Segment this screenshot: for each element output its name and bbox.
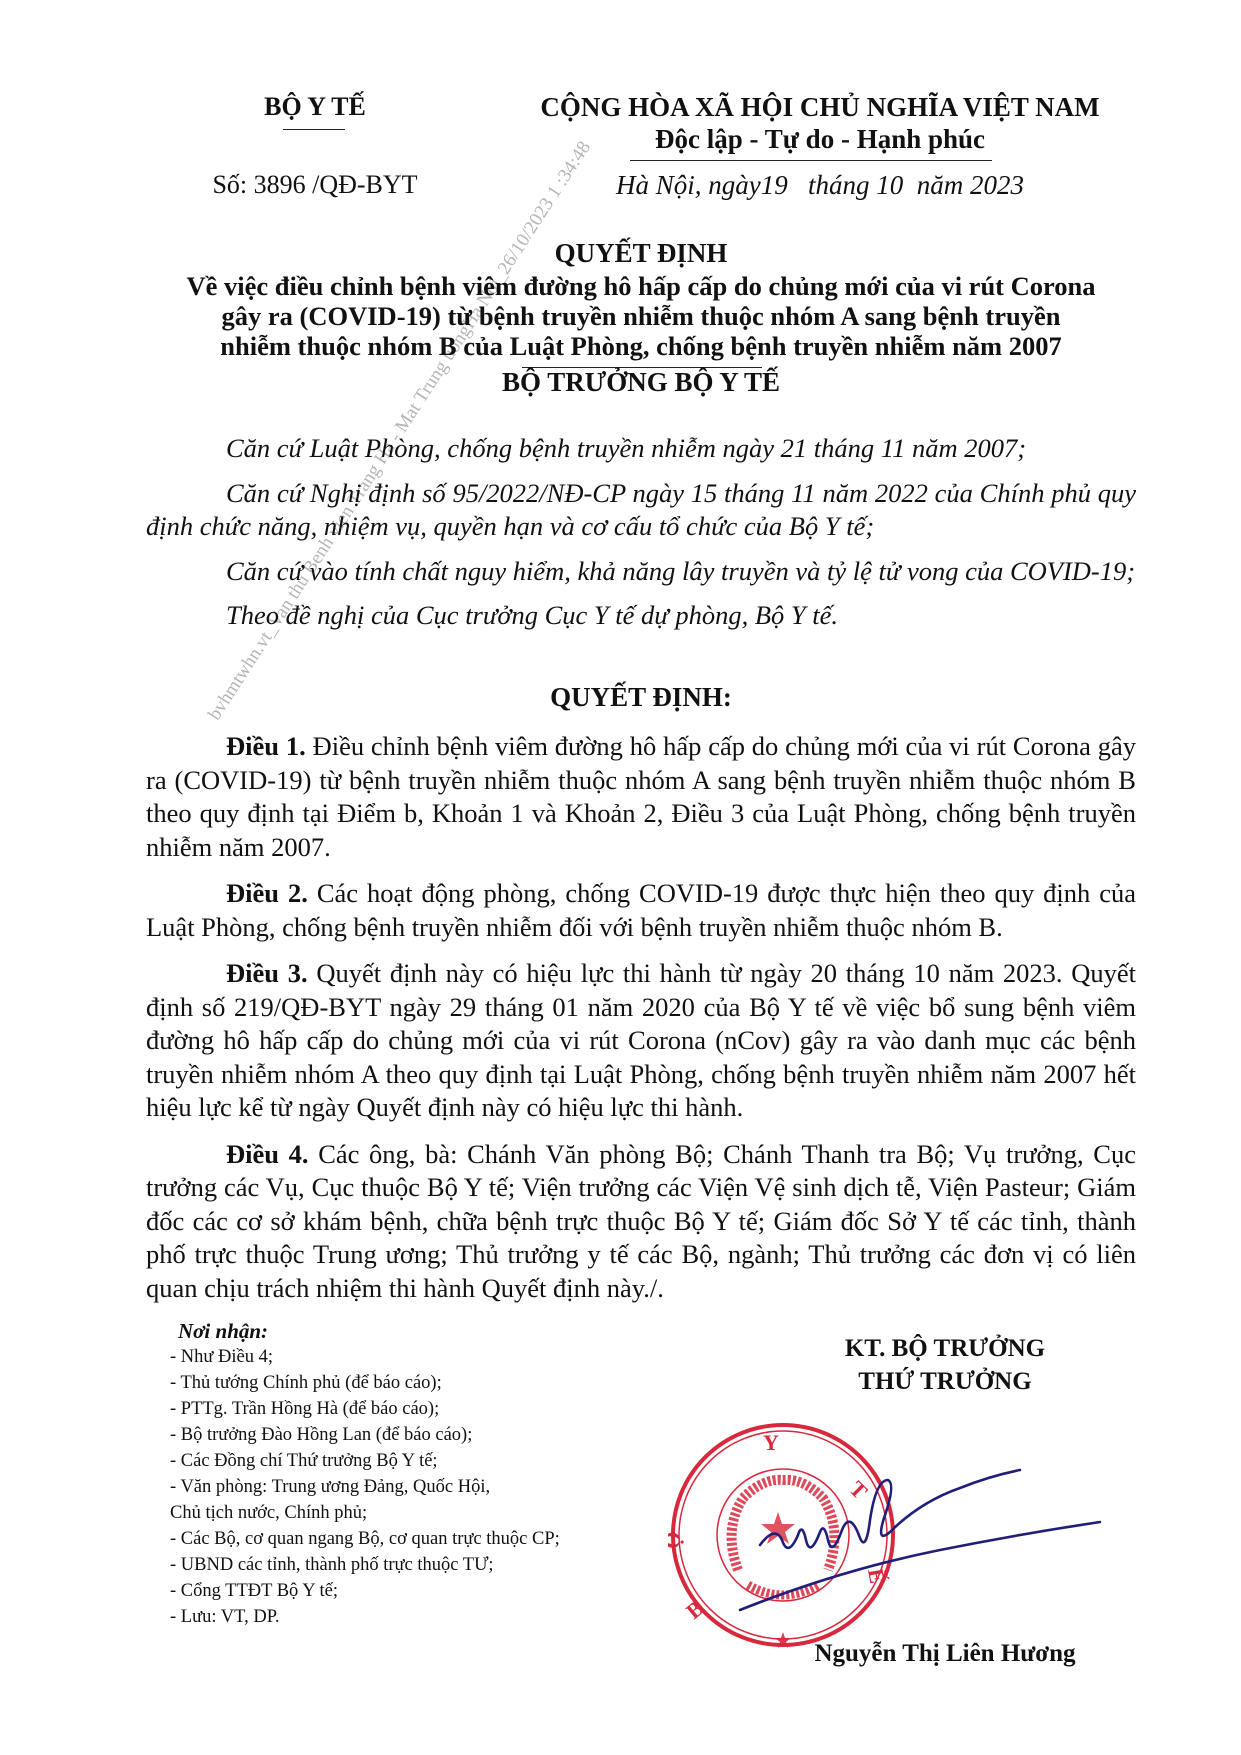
document-number: Số: 3896 /QĐ-BYT [200,170,430,200]
national-motto: Độc lập - Tự do - Hạnh phúc [500,124,1140,155]
handwritten-signature [720,1440,1120,1640]
signer-title: KT. BỘ TRƯỞNG THỨ TRƯỞNG [790,1332,1100,1398]
article-label: Điều 4. [226,1139,309,1169]
national-title: CỘNG HÒA XÃ HỘI CHỦ NGHĨA VIỆT NAM [500,92,1140,123]
issuing-authority: BỘ TRƯỞNG BỘ Y TẾ [146,367,1136,398]
article-3: Điều 3. Quyết định này có hiệu lực thi h… [146,957,1136,1125]
issuing-agency: BỘ Y TẾ [200,92,430,122]
article-label: Điều 2. [226,878,308,908]
signer-name: Nguyễn Thị Liên Hương [770,1640,1120,1668]
subject-line: Về việc điều chỉnh bệnh viêm đường hô hấ… [146,271,1136,301]
preamble-clause: Căn cứ vào tính chất nguy hiểm, khả năng… [146,555,1136,589]
subject-line: nhiễm thuộc nhóm B của Luật Phòng, chống… [146,331,1136,361]
recipient-item: - Các Đồng chí Thứ trưởng Bộ Y tế; [170,1448,560,1474]
recipient-item: Chủ tịch nước, Chính phủ; [170,1500,560,1526]
article-label: Điều 3. [226,958,308,988]
recipient-item: - UBND các tỉnh, thành phố trực thuộc TƯ… [170,1552,560,1578]
preamble-clause: Theo đề nghị của Cục trưởng Cục Y tế dự … [146,599,1136,633]
article-1: Điều 1. Điều chỉnh bệnh viêm đường hô hấ… [146,730,1136,864]
motto-underline [630,160,992,161]
preamble-clause: Căn cứ Nghị định số 95/2022/NĐ-CP ngày 1… [146,477,1136,544]
recipient-item: - Cổng TTĐT Bộ Y tế; [170,1578,560,1604]
document-subject: Về việc điều chỉnh bệnh viêm đường hô hấ… [146,271,1136,361]
recipient-item: - Thủ tướng Chính phủ (để báo cáo); [170,1370,560,1396]
article-2: Điều 2. Các hoạt động phòng, chống COVID… [146,877,1136,944]
recipient-item: - Như Điều 4; [170,1344,560,1370]
recipient-item: - Văn phòng: Trung ương Đảng, Quốc Hội, [170,1474,560,1500]
articles: Điều 1. Điều chỉnh bệnh viêm đường hô hấ… [146,730,1136,1318]
place-and-date: Hà Nội, ngày19 tháng 10 năm 2023 [500,170,1140,201]
preamble: Căn cứ Luật Phòng, chống bệnh truyền nhi… [146,432,1136,644]
article-4: Điều 4. Các ông, bà: Chánh Văn phòng Bộ;… [146,1138,1136,1306]
subject-line: gây ra (COVID-19) từ bệnh truyền nhiễm t… [146,301,1136,331]
seal-letter: Ộ [668,1530,686,1551]
agency-underline [283,129,345,130]
signer-title-line: KT. BỘ TRƯỞNG [790,1332,1100,1365]
recipient-item: - Bộ trưởng Đào Hồng Lan (để báo cáo); [170,1422,560,1448]
document-type-title: QUYẾT ĐỊNH [146,238,1136,269]
signer-title-line: THỨ TRƯỞNG [790,1365,1100,1398]
decision-heading: QUYẾT ĐỊNH: [146,682,1136,713]
article-label: Điều 1. [226,731,306,761]
recipients-heading: Nơi nhận: [178,1318,560,1344]
recipient-item: - Lưu: VT, DP. [170,1604,560,1630]
preamble-clause: Căn cứ Luật Phòng, chống bệnh truyền nhi… [146,432,1136,466]
recipient-item: - PTTg. Trần Hồng Hà (để báo cáo); [170,1396,560,1422]
recipient-item: - Các Bộ, cơ quan ngang Bộ, cơ quan trực… [170,1526,560,1552]
recipients-list: Nơi nhận: - Như Điều 4; - Thủ tướng Chín… [170,1318,560,1630]
